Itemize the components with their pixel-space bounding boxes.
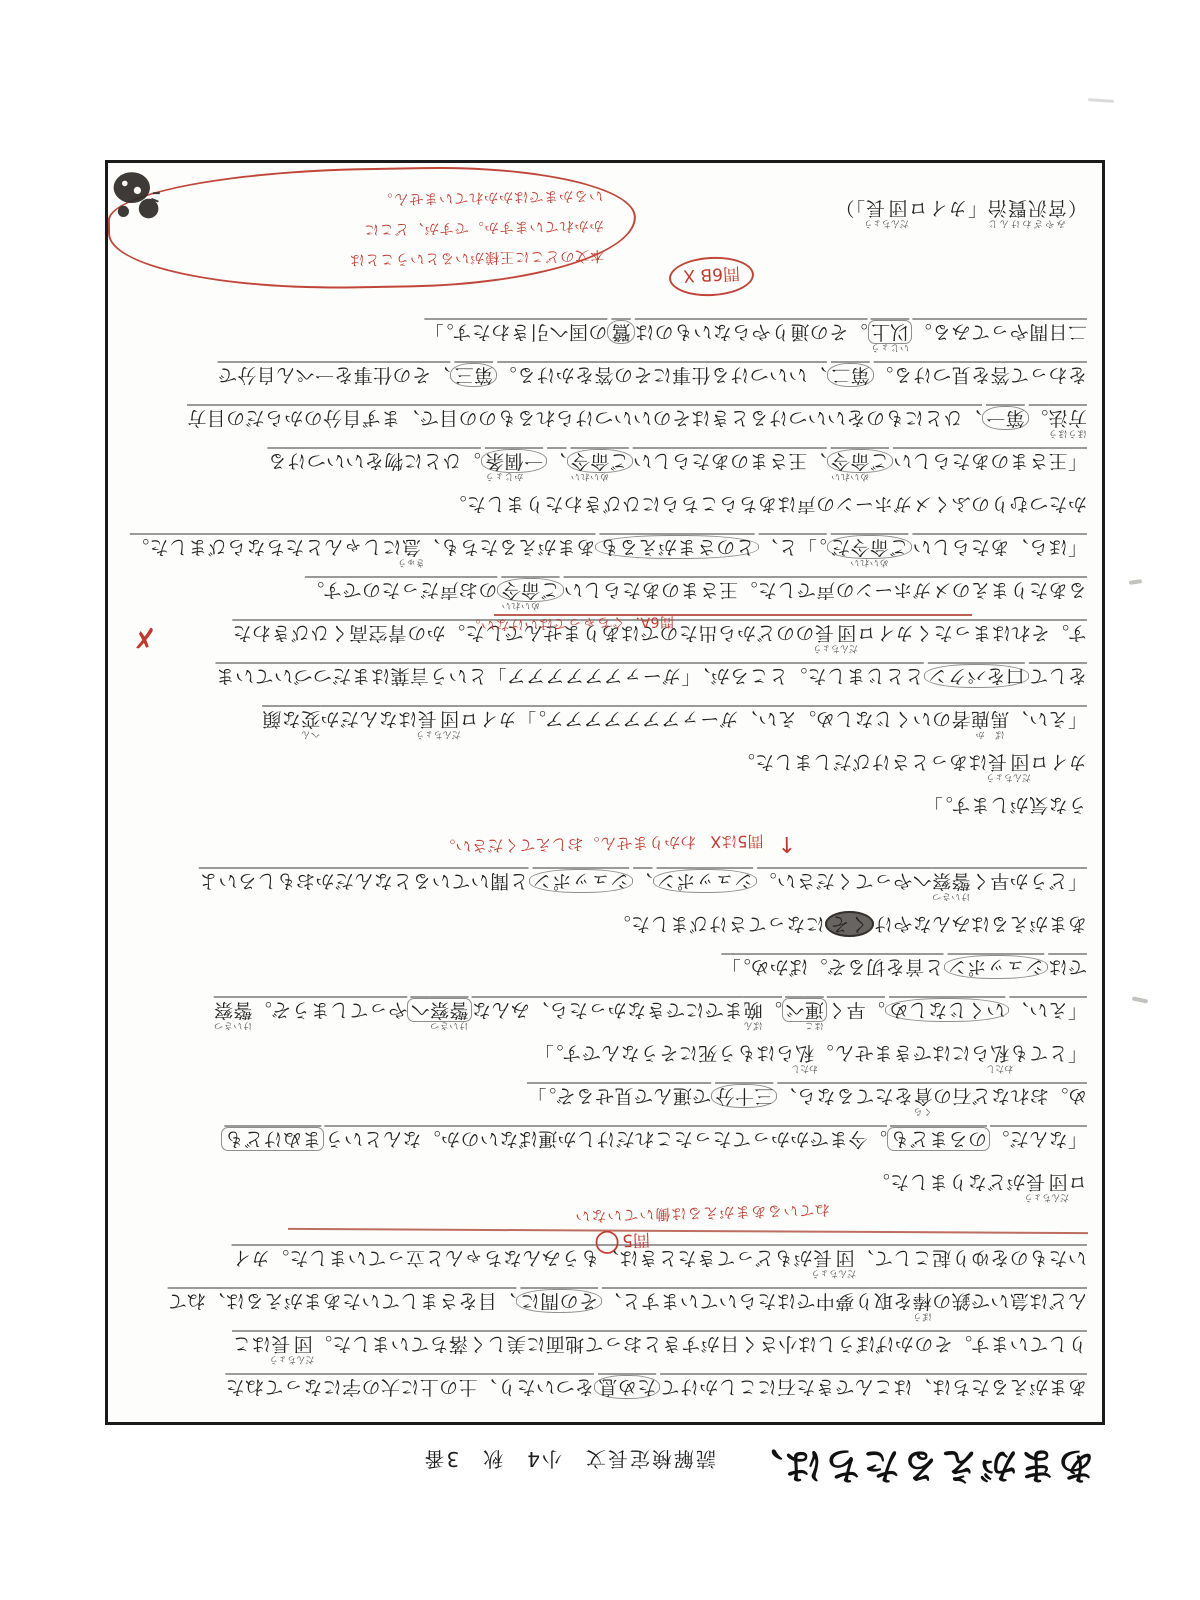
page-subtitle: 読解検定長文 小4 秋 3番: [423, 1442, 716, 1475]
passage-line: め。おれなど石の倉くらをたてるなら、三十分で運んで見せるぞ。」: [123, 1074, 1087, 1117]
passage-line: カイロ団長だんちょうはあっとさけびだしました。: [123, 740, 1087, 783]
passage-line: 「なんだ。のろまども。今までかかってたったこれだけしか運ばないのか。なんというま…: [123, 1117, 1087, 1160]
q6a-teacher-note: 問6A．ぐちゃっではいけない。: [466, 612, 674, 636]
passage-line: るあたりまえのメガホーンの声でした。王さまのあたらしいご命令めいれいのお声だった…: [123, 568, 1087, 611]
q6b-comment-bubble: 本文のどこに王様がいるということは かかれていますか。ですが、どこに いるかまで…: [107, 163, 637, 292]
ladybug-stamp-icon: [108, 168, 164, 224]
passage-line: 「どうか早く警察けいさつへやってください。シュッポン、シュッポンと聞いているとな…: [123, 859, 1087, 902]
passage-line: かたつむりのふくメガホーンの声はあちらこちらにひびきわたりました。: [123, 482, 1087, 525]
passage-line: 方法ほうほう。第一、ひとにものをいいつけるときはそのいいつけられるものの目で、ま…: [123, 396, 1087, 439]
passage-line: をして口をパクンととじました。ところが、「ガーァアアアアアア」という言葉はまだつ…: [123, 654, 1087, 697]
scan-smudge: [1129, 579, 1142, 585]
passage-line: りしています。そのかげぼうしは小さく日がすきとおって地面に美しく落ちていました。…: [123, 1322, 1087, 1365]
passage-line: んどは急いで鉄の棒ぼうを取り夢中ではたらいていますと、その間に、目をさましていた…: [123, 1279, 1087, 1322]
passage-line: 「えい、いくじなしめ。早く運はこべ。晩ばんまでにできなかったら、みんな警察けいさ…: [123, 988, 1087, 1031]
q5-correct-mark: 問5 ○: [593, 1227, 650, 1259]
passage-line: うな気がします。」: [123, 783, 1087, 826]
passage-line: あまがえるたちは、はこんできた石にこしかけてため息をついたり、土の上に大の字にな…: [123, 1365, 1087, 1408]
q5-wrong-label: 問5はX: [710, 830, 764, 854]
q5-wrong-text: わかりません。おしえてください。: [439, 832, 696, 859]
q6b-wrong-label: 問6B X: [669, 255, 755, 298]
q5-label: 問5: [622, 1230, 651, 1256]
scan-smudge: [1088, 98, 1114, 103]
up-arrow-icon: ↑: [777, 833, 796, 853]
text-frame: あまがえるたちは、はこんできた石にこしかけてため息をついたり、土の上に大の字にな…: [105, 160, 1105, 1425]
passage-line: 「ほら、あたらしいご命令めいれいだ。」と、とのさまがえるもあまがえるたちも、急き…: [123, 525, 1087, 568]
passage-line: をわって答を見つける。第二、いいつける仕事にその答をかける。第三、その仕事を一ぺ…: [123, 353, 1087, 396]
passage-line: 「とても私わたしらにはできません。私わたしらはもう死にそうなんです。」: [123, 1031, 1087, 1074]
scan-smudge: [1132, 996, 1148, 1003]
page-title: あまがえるたちは、: [744, 1442, 1095, 1496]
upside-down-page: あまがえるたちは、 読解検定長文 小4 秋 3番 あまがえるたちは、はこんできた…: [0, 0, 1200, 1600]
passage-line: 二日間やってみる。以上いじょう。その通りやらないものは鷺の国へ引きわたす。」: [123, 310, 1087, 353]
passage-line: 「王さまのあたらしいご命令めいれい、王さまのあたらしいご命令めいれい、一個条かじ…: [123, 439, 1087, 482]
x-mark-icon: ✗: [133, 621, 156, 654]
circle-mark-icon: ○: [593, 1228, 620, 1259]
passage-line: あまがえるはみんなやけくそになってさけびました。: [123, 902, 1087, 945]
passage-line: ロ団長だんちょうがどなりました。: [123, 1160, 1087, 1203]
scanned-worksheet: あまがえるたちは、 読解検定長文 小4 秋 3番 あまがえるたちは、はこんできた…: [0, 0, 1200, 1600]
passage-line: ではシュッポンと首を切るぞ。ばかめ。」: [123, 945, 1087, 988]
passage-line: 「えい、馬鹿ばか者のいくじなしめ。えい、ガーァアアアアアアア。」カイロ団長だんち…: [123, 697, 1087, 740]
title-bar: あまがえるたちは、 読解検定長文 小4 秋 3番: [423, 1442, 1095, 1496]
